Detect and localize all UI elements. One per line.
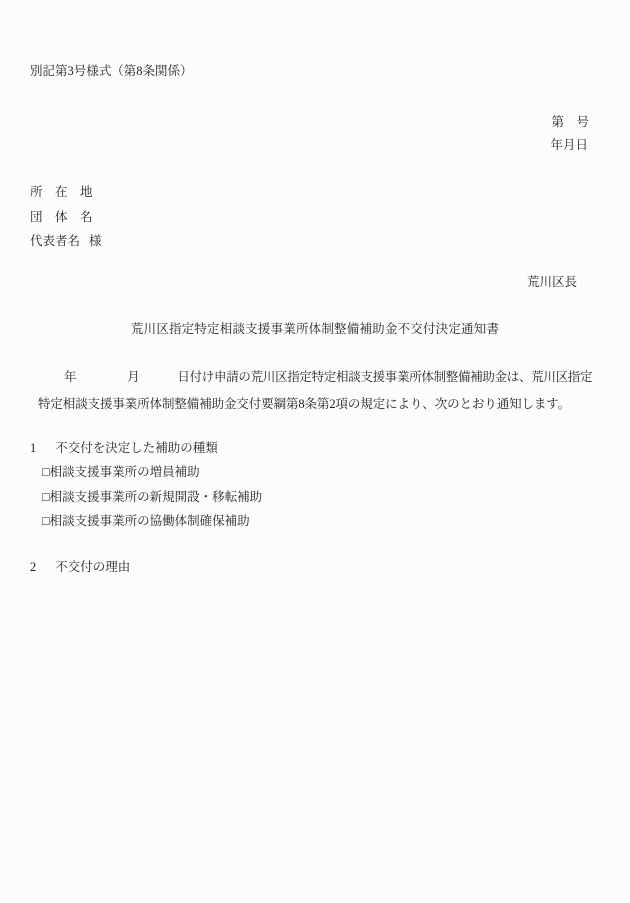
section-1-number: 1	[30, 441, 36, 455]
issue-number: 第 号	[551, 114, 589, 131]
section-1-heading: 不交付を決定した補助の種類	[55, 441, 218, 455]
section-2-heading-line: 2不交付の理由	[30, 559, 130, 576]
section-1-heading-line: 1不交付を決定した補助の種類	[30, 440, 218, 457]
subsidy-option-label: 相談支援事業所の増員補助	[50, 465, 200, 479]
body-month-label: 月	[127, 370, 139, 384]
section-2-number: 2	[30, 560, 36, 574]
notice-document-page: 別記第3号様式（第8条関係） 第 号 年月日 所 在 地 団 体 名 代表者名様…	[0, 0, 630, 903]
body-paragraph-line-1: 年月日付け申請の荒川区指定特定相談支援事業所体制整備補助金は、荒川区指定	[64, 369, 592, 386]
subsidy-option-label: 相談支援事業所の協働体制確保補助	[50, 514, 250, 528]
form-number: 別記第3号様式（第8条関係）	[30, 63, 193, 80]
addressee-organization-label: 団 体 名	[30, 209, 93, 226]
checkbox-icon: □	[42, 465, 50, 479]
addressee-representative-line: 代表者名様	[30, 233, 102, 250]
checkbox-icon: □	[42, 514, 50, 528]
body-year-label: 年	[64, 370, 76, 384]
subsidy-option-row: □相談支援事業所の新規開設・移転補助	[42, 489, 262, 506]
section-2-heading: 不交付の理由	[55, 560, 130, 574]
subsidy-option-row: □相談支援事業所の協働体制確保補助	[42, 513, 250, 530]
subsidy-option-label: 相談支援事業所の新規開設・移転補助	[50, 490, 263, 504]
addressee-honorific: 様	[89, 234, 102, 248]
issue-date: 年月日	[550, 137, 588, 154]
body-line-1-text: 日付け申請の荒川区指定特定相談支援事業所体制整備補助金は、荒川区指定	[177, 370, 592, 384]
sender-name: 荒川区長	[527, 274, 577, 291]
body-paragraph-line-2: 特定相談支援事業所体制整備補助金交付要綱第8条第2項の規定により、次のとおり通知…	[38, 396, 570, 413]
addressee-representative-label: 代表者名	[30, 234, 80, 248]
addressee-address-label: 所 在 地	[30, 184, 93, 201]
subsidy-option-row: □相談支援事業所の増員補助	[42, 464, 200, 481]
document-title: 荒川区指定特定相談支援事業所体制整備補助金不交付決定通知書	[0, 321, 630, 338]
checkbox-icon: □	[42, 490, 50, 504]
